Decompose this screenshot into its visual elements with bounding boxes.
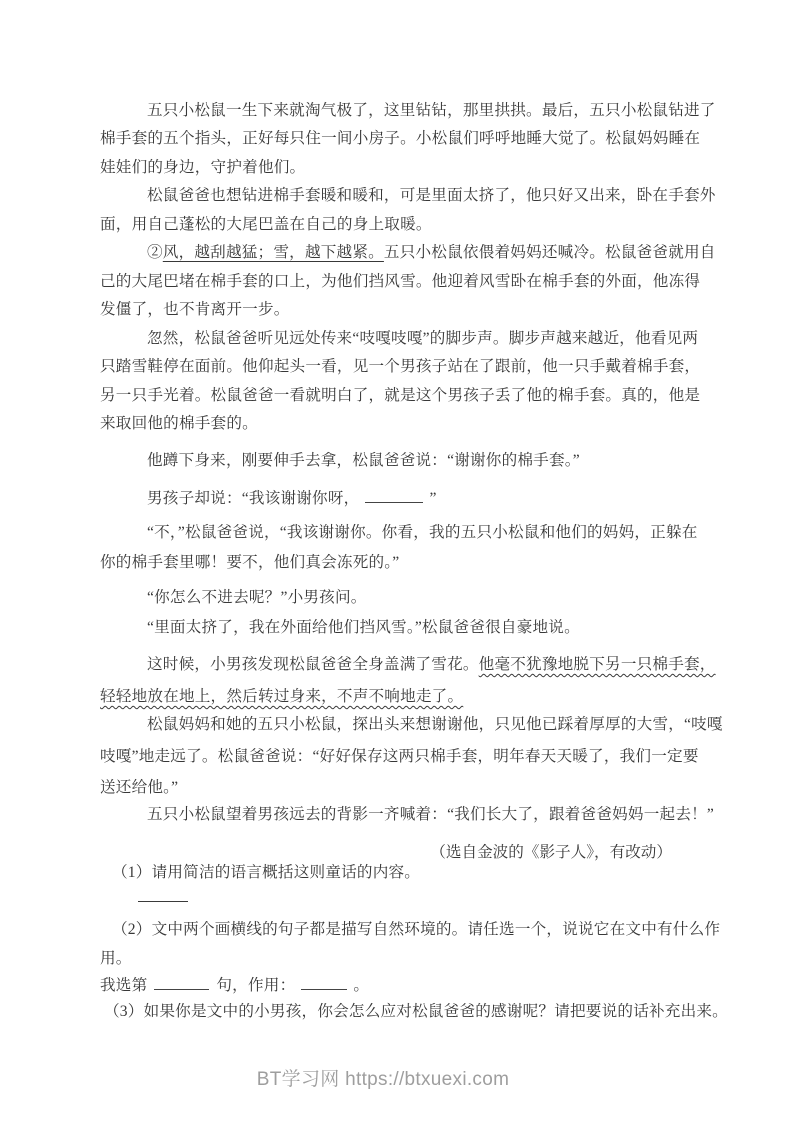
story-line: 送还给他。” (100, 777, 700, 798)
fill-in-blank (365, 487, 423, 503)
choice-prefix: 我选第 (100, 977, 147, 994)
story-line: “里面太挤了，我在外面给他们挡风雪。”松鼠爸爸很自豪地说。 (100, 617, 700, 638)
story-line: 吱嘎”地走远了。松鼠爸爸说：“好好保存这两只棉手套，明年春天天暖了，我们一定要 (100, 746, 700, 767)
story-line: “你怎么不进去呢？”小男孩问。 (100, 587, 700, 608)
answer-blank-rule (138, 901, 188, 902)
wavy-underlined-sentence: 轻轻地放在地上，然后转过身来，不声不响地走了。 (100, 688, 463, 705)
choice-blank-2 (301, 974, 347, 990)
question-2: （2）文中两个画横线的句子都是描写自然环境的。请任选一个，说说它在文中有什么作 (100, 919, 704, 940)
sentence-marker-2: ② (147, 244, 163, 261)
story-line: 棉手套的五个指头，正好每只住一间小房子。小松鼠们呼呼地睡大觉了。松鼠妈妈睡在 (100, 128, 700, 149)
story-line: 面，用自己蓬松的大尾巴盖在自己的身上取暖。 (100, 214, 700, 235)
dialog-text: 男孩子却说：“我该谢谢你呀， (147, 490, 359, 507)
story-line: 忽然，松鼠爸爸听见远处传来“吱嘎吱嘎”的脚步声。脚步声越来越近，他看见两 (100, 328, 700, 349)
story-line: 松鼠妈妈和她的五只小松鼠，探出头来想谢谢他，只见他已踩着厚厚的大雪，“吱嘎 (100, 714, 700, 735)
wavy-underlined-sentence: 他毫不犹豫地脱下另一只棉手套， (479, 656, 716, 673)
choice-blank-1 (154, 974, 209, 990)
dialog-close-quote: ” (429, 490, 436, 507)
choice-end: 。 (353, 977, 369, 994)
story-line: “不，”松鼠爸爸说，“我该谢谢你。你看，我的五只小松鼠和他们的妈妈，正躲在 (100, 522, 700, 543)
document-page: 五只小松鼠一生下来就淘气极了，这里钻钻，那里拱拱。最后，五只小松鼠钻进了 棉手套… (0, 0, 793, 1122)
story-line-dialog-blank: 男孩子却说：“我该谢谢你呀，” (100, 487, 700, 509)
question-3: （3）如果你是文中的小男孩，你会怎么应对松鼠爸爸的感谢呢？请把要说的话补充出来。 (100, 1001, 704, 1022)
story-line: 娃娃们的身边，守护着他们。 (100, 157, 700, 178)
story-line: 你的棉手套里哪！要不，他们真会冻死的。” (100, 552, 700, 573)
story-line: 来取回他的棉手套的。 (100, 413, 700, 434)
story-line-wavy-continued: 轻轻地放在地上，然后转过身来，不声不响地走了。 (100, 686, 700, 707)
story-line: 他蹲下身来，刚要伸手去拿，松鼠爸爸说：“谢谢你的棉手套。” (100, 450, 700, 471)
story-line-underlined-sentence-2: ②风，越刮越猛；雪，越下越紧。五只小松鼠依偎着妈妈还喊冷。松鼠爸爸就用自 (100, 242, 700, 263)
story-line: 五只小松鼠望着男孩远去的背影一齐喊着：“我们长大了，跟着爸爸妈妈一起去！” (100, 804, 700, 825)
question-2-choice-sentence: 我选第句，作用：。 (100, 974, 704, 996)
question-2-continued: 用。 (100, 948, 704, 969)
story-line: 松鼠爸爸也想钻进棉手套暖和暖和，可是里面太挤了，他只好又出来，卧在手套外 (100, 185, 700, 206)
story-line: 另一只手光着。松鼠爸爸一看就明白了，就是这个男孩子丢了他的棉手套。真的，他是 (100, 385, 700, 406)
underlined-environment-sentence: 风，越刮越猛；雪，越下越紧。 (163, 244, 384, 261)
choice-mid: 句，作用： (216, 977, 295, 994)
story-line: 只踏雪鞋停在面前。他仰起头一看，见一个男孩子站在了跟前，他一只手戴着棉手套， (100, 356, 700, 377)
question-1: （1）请用简洁的语言概括这则童话的内容。 (100, 862, 704, 883)
watermark-text: BT学习网 https://btxuexi.com (0, 1064, 766, 1091)
story-line: 己的大尾巴堵在棉手套的口上，为他们挡风雪。他迎着风雪卧在棉手套的外面，他冻得 (100, 271, 700, 292)
story-text: 这时候，小男孩发现松鼠爸爸全身盖满了雪花。 (147, 656, 479, 673)
story-line-rest: 五只小松鼠依偎着妈妈还喊冷。松鼠爸爸就用自 (384, 244, 716, 261)
story-line-wavy-start: 这时候，小男孩发现松鼠爸爸全身盖满了雪花。他毫不犹豫地脱下另一只棉手套， (100, 654, 700, 675)
story-line: 发僵了，也不肯离开一步。 (100, 299, 700, 320)
story-line: 五只小松鼠一生下来就淘气极了，这里钻钻，那里拱拱。最后，五只小松鼠钻进了 (100, 100, 700, 121)
attribution-line: （选自金波的《影子人》，有改动） (100, 840, 694, 862)
